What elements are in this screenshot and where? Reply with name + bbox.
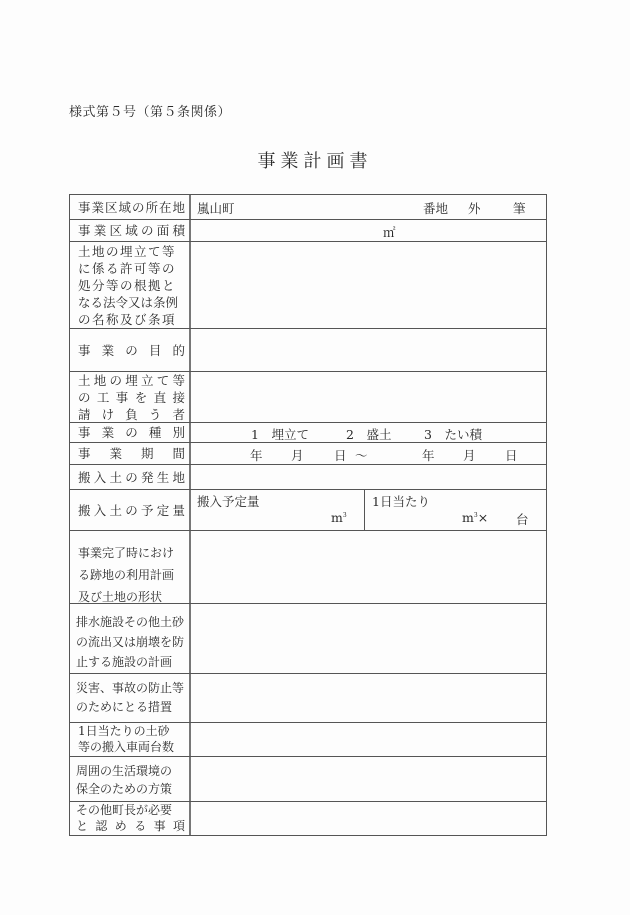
label-area: 事業区域の面積 xyxy=(70,220,191,241)
field-planned-volume[interactable]: 搬入予定量 m3 xyxy=(191,490,365,530)
field-soil-volume: 搬入予定量 m3 1日当たり m3× 台 xyxy=(191,490,546,530)
row-legal-basis: 土地の埋立て等に係る許可等の処分等の根拠となる法令又は条例の名称及び条項 xyxy=(70,241,546,328)
label-drainage: 排水施設その他土砂の流出又は崩壊を防止する施設の計画 xyxy=(70,604,191,673)
row-environment: 周囲の生活環境の保全のための方策 xyxy=(70,756,546,801)
end-year: 年 xyxy=(422,446,435,464)
label-site-plan: 事業完了時における跡地の利用計画及び土地の形状 xyxy=(70,531,191,603)
row-other: その他町長が必要 と認める事項 xyxy=(70,801,546,835)
row-location: 事業区域の所在地 嵐山町 番地 外 筆 xyxy=(70,195,546,219)
label-soil-volume: 搬入土の予定量 xyxy=(70,490,191,530)
field-contractor[interactable] xyxy=(191,372,546,422)
field-area[interactable]: ㎡ xyxy=(191,220,546,241)
daily-volume-label: 1日当たり xyxy=(372,492,430,510)
label-legal-basis: 土地の埋立て等に係る許可等の処分等の根拠となる法令又は条例の名称及び条項 xyxy=(70,242,191,328)
field-purpose[interactable] xyxy=(191,329,546,371)
option-deposit[interactable]: 3 たい積 xyxy=(424,425,482,443)
field-disaster-prevention[interactable] xyxy=(191,674,546,722)
row-disaster-prevention: 災害、事故の防止等のためにとる措置 xyxy=(70,673,546,722)
daily-volume-unit: m3× xyxy=(462,510,488,525)
start-day: 日 xyxy=(334,446,347,464)
field-business-type[interactable]: 1 埋立て 2 盛土 3 たい積 xyxy=(191,423,546,442)
row-site-plan: 事業完了時における跡地の利用計画及び土地の形状 xyxy=(70,530,546,603)
field-environment[interactable] xyxy=(191,757,546,801)
label-soil-origin: 搬入土の発生地 xyxy=(70,465,191,489)
label-contractor: 土地の埋立て等 の工事を直接 請け負う者 xyxy=(70,372,191,422)
hitsu-label: 筆 xyxy=(513,199,526,217)
label-disaster-prevention: 災害、事故の防止等のためにとる措置 xyxy=(70,674,191,722)
row-purpose: 事業の目的 xyxy=(70,328,546,371)
business-plan-table: 事業区域の所在地 嵐山町 番地 外 筆 事業区域の面積 ㎡ 土地の埋立て等に係る… xyxy=(69,194,547,836)
start-month: 月 xyxy=(291,446,304,464)
field-drainage[interactable] xyxy=(191,604,546,673)
form-number: 様式第５号（第５条関係） xyxy=(69,101,231,120)
option-landfill[interactable]: 1 埋立て xyxy=(251,425,309,443)
label-business-type: 事業の種別 xyxy=(70,423,191,442)
banchi-label: 番地 xyxy=(423,199,448,217)
field-daily-volume[interactable]: 1日当たり m3× 台 xyxy=(365,490,546,530)
end-month: 月 xyxy=(463,446,476,464)
field-site-plan[interactable] xyxy=(191,531,546,603)
row-daily-vehicles: 1日当たりの土砂等の搬入車両台数 xyxy=(70,722,546,756)
row-soil-volume: 搬入土の予定量 搬入予定量 m3 1日当たり m3× 台 xyxy=(70,489,546,530)
field-soil-origin[interactable] xyxy=(191,465,546,489)
label-location: 事業区域の所在地 xyxy=(70,195,191,219)
soto-label: 外 xyxy=(468,199,481,217)
document-title: 事業計画書 xyxy=(0,147,630,173)
period-tilde: ～ xyxy=(355,446,368,464)
start-year: 年 xyxy=(250,446,263,464)
town-name: 嵐山町 xyxy=(197,199,235,217)
field-period[interactable]: 年 月 日 ～ 年 月 日 xyxy=(191,443,546,464)
row-soil-origin: 搬入土の発生地 xyxy=(70,464,546,489)
option-embankment[interactable]: 2 盛土 xyxy=(346,425,391,443)
planned-volume-unit: m3 xyxy=(331,510,347,525)
row-area: 事業区域の面積 ㎡ xyxy=(70,219,546,241)
field-legal-basis[interactable] xyxy=(191,242,546,328)
vehicle-unit: 台 xyxy=(516,510,529,528)
area-unit: ㎡ xyxy=(383,223,396,241)
label-daily-vehicles: 1日当たりの土砂等の搬入車両台数 xyxy=(70,723,191,756)
row-period: 事業期間 年 月 日 ～ 年 月 日 xyxy=(70,442,546,464)
row-contractor: 土地の埋立て等 の工事を直接 請け負う者 xyxy=(70,371,546,422)
row-business-type: 事業の種別 1 埋立て 2 盛土 3 たい積 xyxy=(70,422,546,442)
label-environment: 周囲の生活環境の保全のための方策 xyxy=(70,757,191,801)
end-day: 日 xyxy=(505,446,518,464)
label-purpose: 事業の目的 xyxy=(70,329,191,371)
row-drainage: 排水施設その他土砂の流出又は崩壊を防止する施設の計画 xyxy=(70,603,546,673)
field-location[interactable]: 嵐山町 番地 外 筆 xyxy=(191,195,546,219)
field-other[interactable] xyxy=(191,802,546,835)
label-other: その他町長が必要 と認める事項 xyxy=(70,802,191,835)
field-daily-vehicles[interactable] xyxy=(191,723,546,756)
label-period: 事業期間 xyxy=(70,443,191,464)
planned-volume-label: 搬入予定量 xyxy=(197,492,260,510)
